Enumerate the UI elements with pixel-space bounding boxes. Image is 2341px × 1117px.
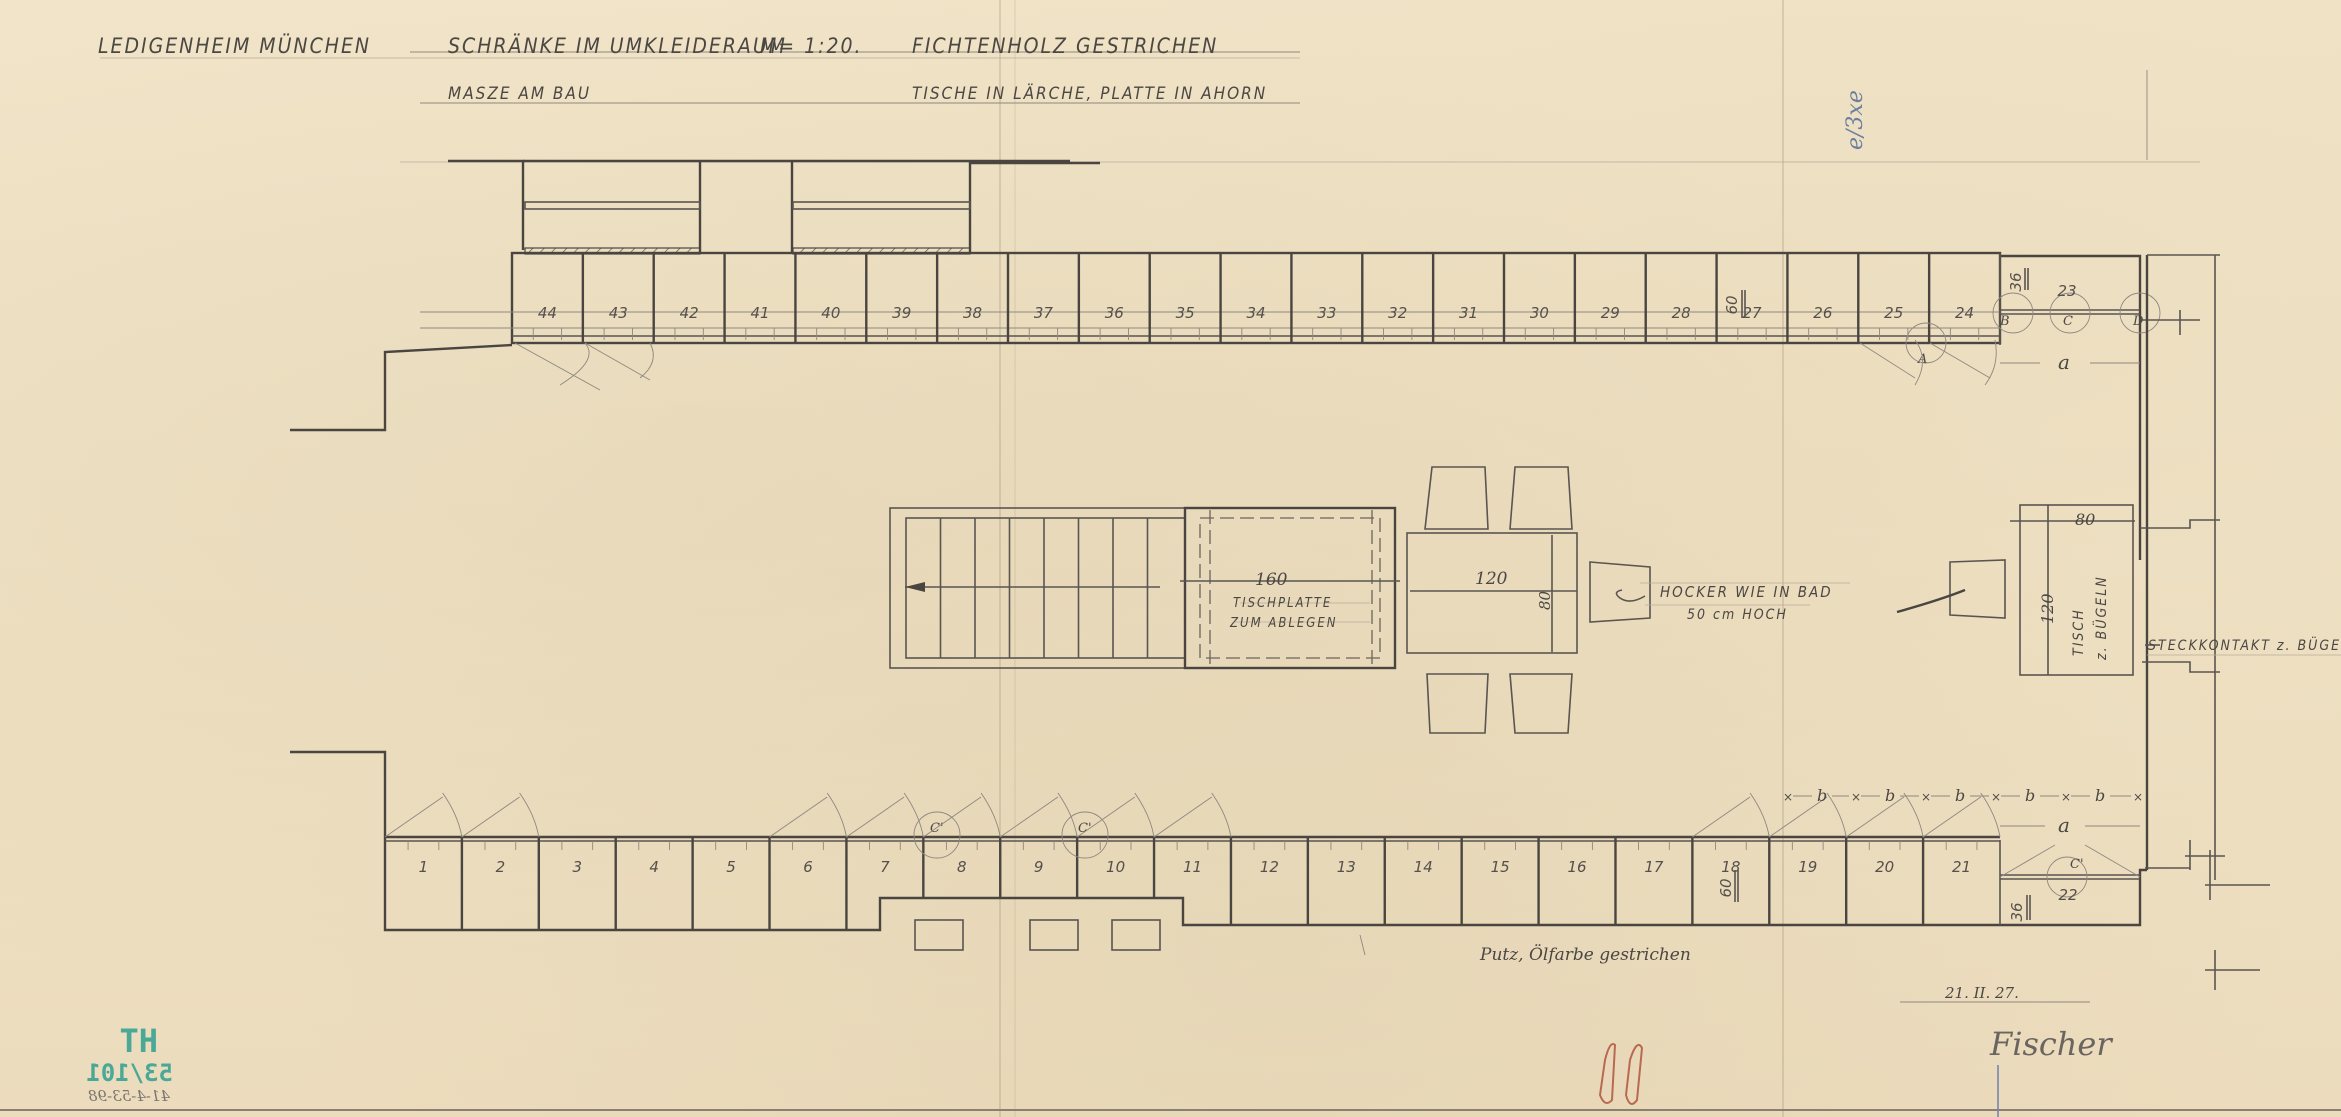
locker-number: 40 — [821, 304, 840, 322]
locker-number: 39 — [892, 304, 911, 322]
floor-plan-drawing: LEDIGENHEIM MÜNCHEN SCHRÄNKE IM UMKLEIDE… — [0, 0, 2341, 1117]
ablegen-label: ZUM ABLEGEN — [1229, 616, 1338, 631]
dim-160: 160 — [1255, 570, 1288, 590]
locker-number: 33 — [1317, 304, 1336, 322]
pencil-archive-number: 41-4-53-98 — [88, 1087, 171, 1105]
detail-mark-d: D — [2132, 314, 2144, 329]
dim-b: b — [1817, 786, 1827, 805]
central-table: 160 TISCHPLATTE ZUM ABLEGEN — [890, 508, 1400, 668]
hocker-label: HOCKER WIE IN BAD — [1660, 583, 1833, 601]
svg-text:×: × — [2133, 790, 2143, 804]
locker-number: 30 — [1530, 304, 1549, 322]
locker-number: 36 — [1105, 304, 1124, 322]
dim-a-top: a — [2058, 350, 2070, 374]
locker-number: 6 — [803, 858, 813, 876]
cabinet-material: FICHTENHOLZ GESTRICHEN — [912, 34, 1218, 58]
svg-text:×: × — [1921, 790, 1931, 804]
tischplatte-label: TISCHPLATTE — [1233, 596, 1332, 611]
locker-number: 16 — [1567, 858, 1586, 876]
locker-number: 29 — [1601, 304, 1620, 322]
locker-23: 23 — [2057, 282, 2076, 300]
top-corner-unit: a 23 B C D A 36 60 — [1723, 253, 2220, 880]
locker-number: 14 — [1414, 858, 1433, 876]
socket-label: STECKKONTAKT z. BÜGELN — [2148, 636, 2341, 654]
red-crayon-mark — [1600, 1044, 1642, 1104]
dim-b: b — [1955, 786, 1965, 805]
dim-b: b — [2095, 786, 2105, 805]
locker-number: 35 — [1176, 304, 1195, 322]
locker-number: 1 — [419, 858, 429, 876]
dim-60-top: 60 — [1723, 295, 1741, 314]
ironing-table: 80 120 TISCH z. BÜGELN STECKKONTAKT z. B… — [1897, 505, 2341, 675]
locker-number: 13 — [1337, 858, 1356, 876]
blue-annotation: e/3xe — [1843, 90, 1868, 150]
locker-number: 12 — [1260, 858, 1279, 876]
locker-22: 22 — [2058, 886, 2077, 904]
bottom-locker-row: 123456789101112131415161718192021 C' C' … — [290, 752, 2000, 965]
ironing-label-1: TISCH — [2071, 608, 2087, 656]
locker-number: 21 — [1952, 858, 1971, 876]
svg-text:×: × — [2061, 790, 2071, 804]
locker-number: 15 — [1491, 858, 1510, 876]
bottom-door-swings — [385, 793, 2000, 837]
locker-number: 42 — [680, 304, 699, 322]
locker-number: 19 — [1798, 858, 1817, 876]
locker-number: 28 — [1672, 304, 1691, 322]
locker-number: 43 — [609, 304, 628, 322]
dim-120-ironing: 120 — [2038, 593, 2057, 624]
drawing-subject: SCHRÄNKE IM UMKLEIDERAUM — [448, 33, 787, 58]
locker-number: 10 — [1106, 858, 1125, 876]
table-material: TISCHE IN LÄRCHE, PLATTE IN AHORN — [912, 83, 1267, 104]
detail-mark-b: B — [1999, 314, 2010, 329]
project-title: LEDIGENHEIM MÜNCHEN — [98, 33, 371, 58]
signature-block: 21. II. 27. Fischer — [1900, 984, 2113, 1117]
dim-36-bottom: 36 — [2008, 902, 2026, 921]
ironing-label-2: z. BÜGELN — [2092, 575, 2110, 661]
upper-wall-niches — [448, 160, 1100, 254]
stamp-line-2: 53/101 — [86, 1059, 173, 1087]
bench-with-stools: 120 80 — [1407, 467, 1577, 733]
detail-mark-c-prime-22: C' — [2070, 857, 2084, 872]
measure-note: MASZE AM BAU — [448, 84, 591, 104]
locker-number: 3 — [572, 858, 582, 876]
top-locker-row: 4443424140393837363534333231302928272625… — [290, 253, 2000, 430]
locker-number: 26 — [1813, 304, 1832, 322]
locker-number: 41 — [750, 304, 769, 322]
svg-text:×: × — [1991, 790, 2001, 804]
archive-stamp: HT 53/101 41-4-53-98 — [86, 1022, 173, 1105]
top-door-swings — [515, 340, 1996, 390]
detail-mark-c: C — [2063, 314, 2073, 329]
locker-number: 38 — [963, 304, 982, 322]
hocker-stool: HOCKER WIE IN BAD 50 cm HOCH — [1590, 562, 1850, 623]
bottom-corner-unit: 22 C' 36 a ×b×b×b×b×b× — [1783, 786, 2270, 990]
locker-number: 44 — [538, 304, 557, 322]
signature-name: Fischer — [1989, 1025, 2113, 1063]
locker-number: 17 — [1644, 858, 1664, 876]
dim-80-bench: 80 — [1536, 590, 1554, 610]
locker-number: 11 — [1183, 858, 1202, 876]
locker-number: 4 — [649, 858, 659, 876]
locker-number: 37 — [1034, 304, 1054, 322]
svg-text:×: × — [1851, 790, 1861, 804]
locker-number: 32 — [1388, 304, 1407, 322]
hocker-height-label: 50 cm HOCH — [1687, 607, 1788, 623]
locker-number: 20 — [1875, 858, 1894, 876]
locker-number: 5 — [726, 858, 736, 876]
dim-80-ironing: 80 — [2075, 510, 2095, 529]
dim-b: b — [2025, 786, 2035, 805]
svg-text:×: × — [1783, 790, 1793, 804]
title-block: LEDIGENHEIM MÜNCHEN SCHRÄNKE IM UMKLEIDE… — [98, 33, 1267, 104]
title-guides — [100, 52, 2200, 162]
locker-number: 9 — [1034, 858, 1044, 876]
paper-folds — [0, 0, 2341, 1117]
signature-date: 21. II. 27. — [1944, 984, 2019, 1002]
detail-mark-c-prime-8: C' — [930, 821, 944, 836]
stamp-line-1: HT — [119, 1022, 158, 1060]
dim-a-bottom: a — [2058, 813, 2070, 837]
dim-60-bottom: 60 — [1717, 878, 1735, 897]
drawing-scale: M= 1:20. — [760, 34, 863, 58]
dim-120-bench: 120 — [1475, 569, 1508, 589]
drawing-sheet: LEDIGENHEIM MÜNCHEN SCHRÄNKE IM UMKLEIDE… — [0, 0, 2341, 1117]
locker-number: 34 — [1246, 304, 1265, 322]
plaster-note: Putz, Ölfarbe gestrichen — [1479, 944, 1691, 965]
locker-number: 2 — [496, 858, 506, 876]
locker-number: 24 — [1955, 304, 1974, 322]
locker-number: 31 — [1459, 304, 1478, 322]
dim-b: b — [1885, 786, 1895, 805]
locker-number: 8 — [957, 858, 967, 876]
locker-number: 25 — [1884, 304, 1903, 322]
dim-36-top: 36 — [2007, 272, 2025, 291]
locker-number: 7 — [880, 858, 890, 876]
